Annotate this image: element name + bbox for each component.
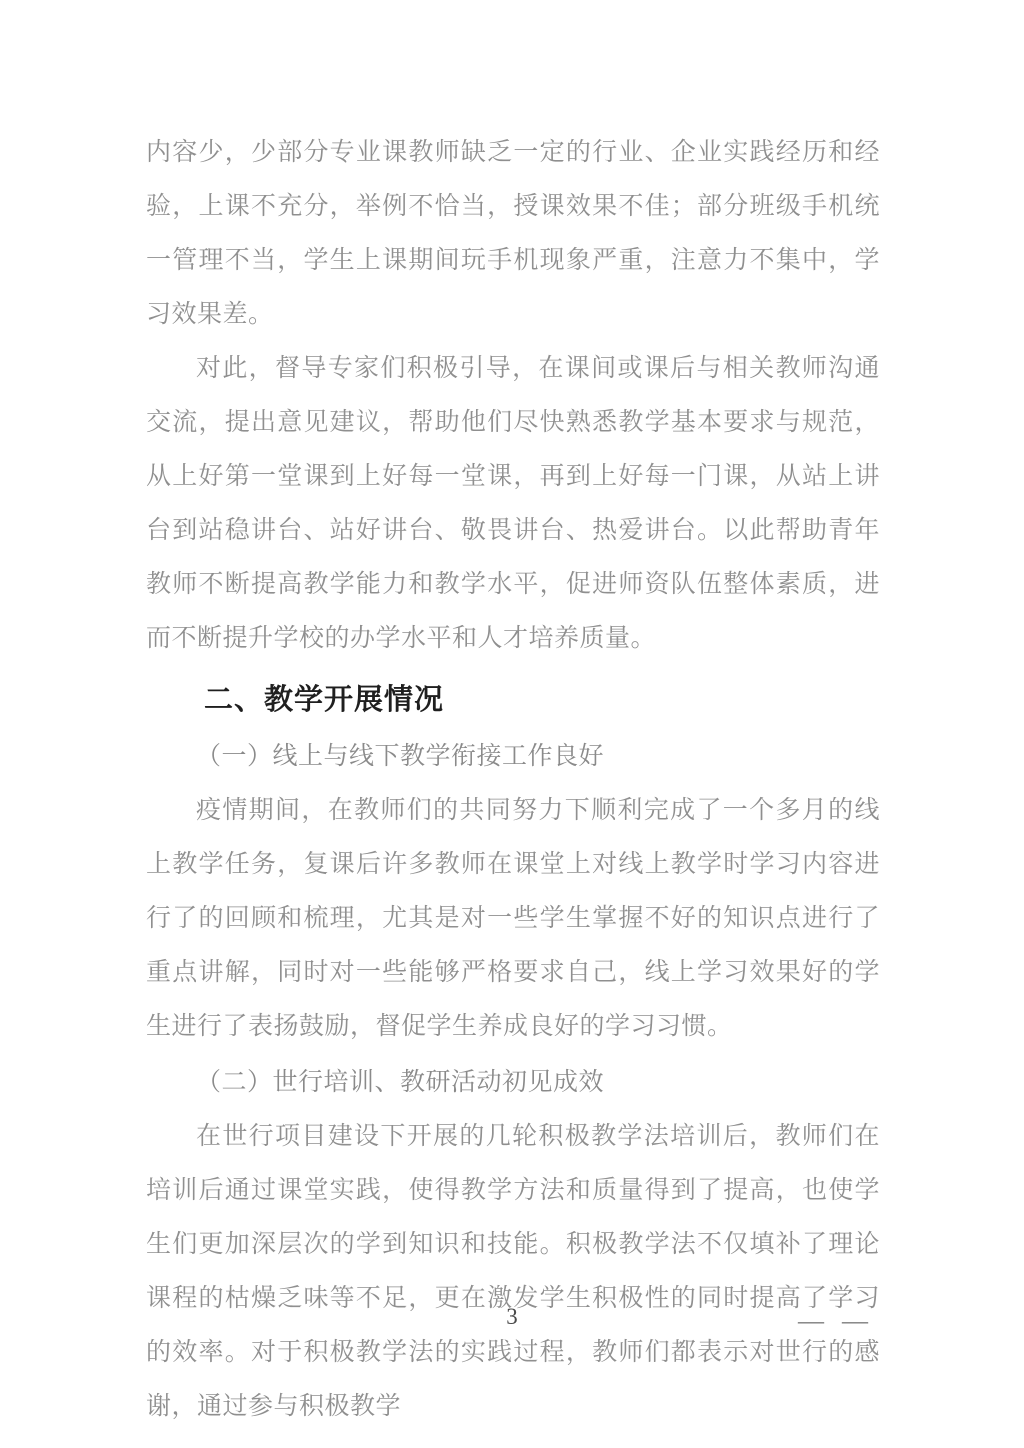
document-page: 内容少，少部分专业课教师缺乏一定的行业、企业实践经历和经验，上课不充分，举例不恰… [0,0,1024,1448]
paragraph-continuation: 内容少，少部分专业课教师缺乏一定的行业、企业实践经历和经验，上课不充分，举例不恰… [146,126,880,342]
paragraph: 在世行项目建设下开展的几轮积极教学法培训后，教师们在培训后通过课堂实践，使得教学… [146,1110,880,1434]
section-heading: 二、教学开展情况 [146,672,880,728]
document-body: 内容少，少部分专业课教师缺乏一定的行业、企业实践经历和经验，上课不充分，举例不恰… [146,126,880,1434]
dash-mark-right: — [842,1306,868,1336]
subsection-heading-1: （一）线上与线下教学衔接工作良好 [146,730,880,784]
page-number: 3 [0,1302,1024,1332]
subsection-heading-2: （二）世行培训、教研活动初见成效 [146,1056,880,1110]
footer-dash-marks: — — [798,1306,868,1336]
paragraph: 对此，督导专家们积极引导，在课间或课后与相关教师沟通交流，提出意见建议，帮助他们… [146,342,880,666]
dash-mark-left: — [798,1306,824,1336]
paragraph: 疫情期间，在教师们的共同努力下顺利完成了一个多月的线上教学任务，复课后许多教师在… [146,784,880,1054]
